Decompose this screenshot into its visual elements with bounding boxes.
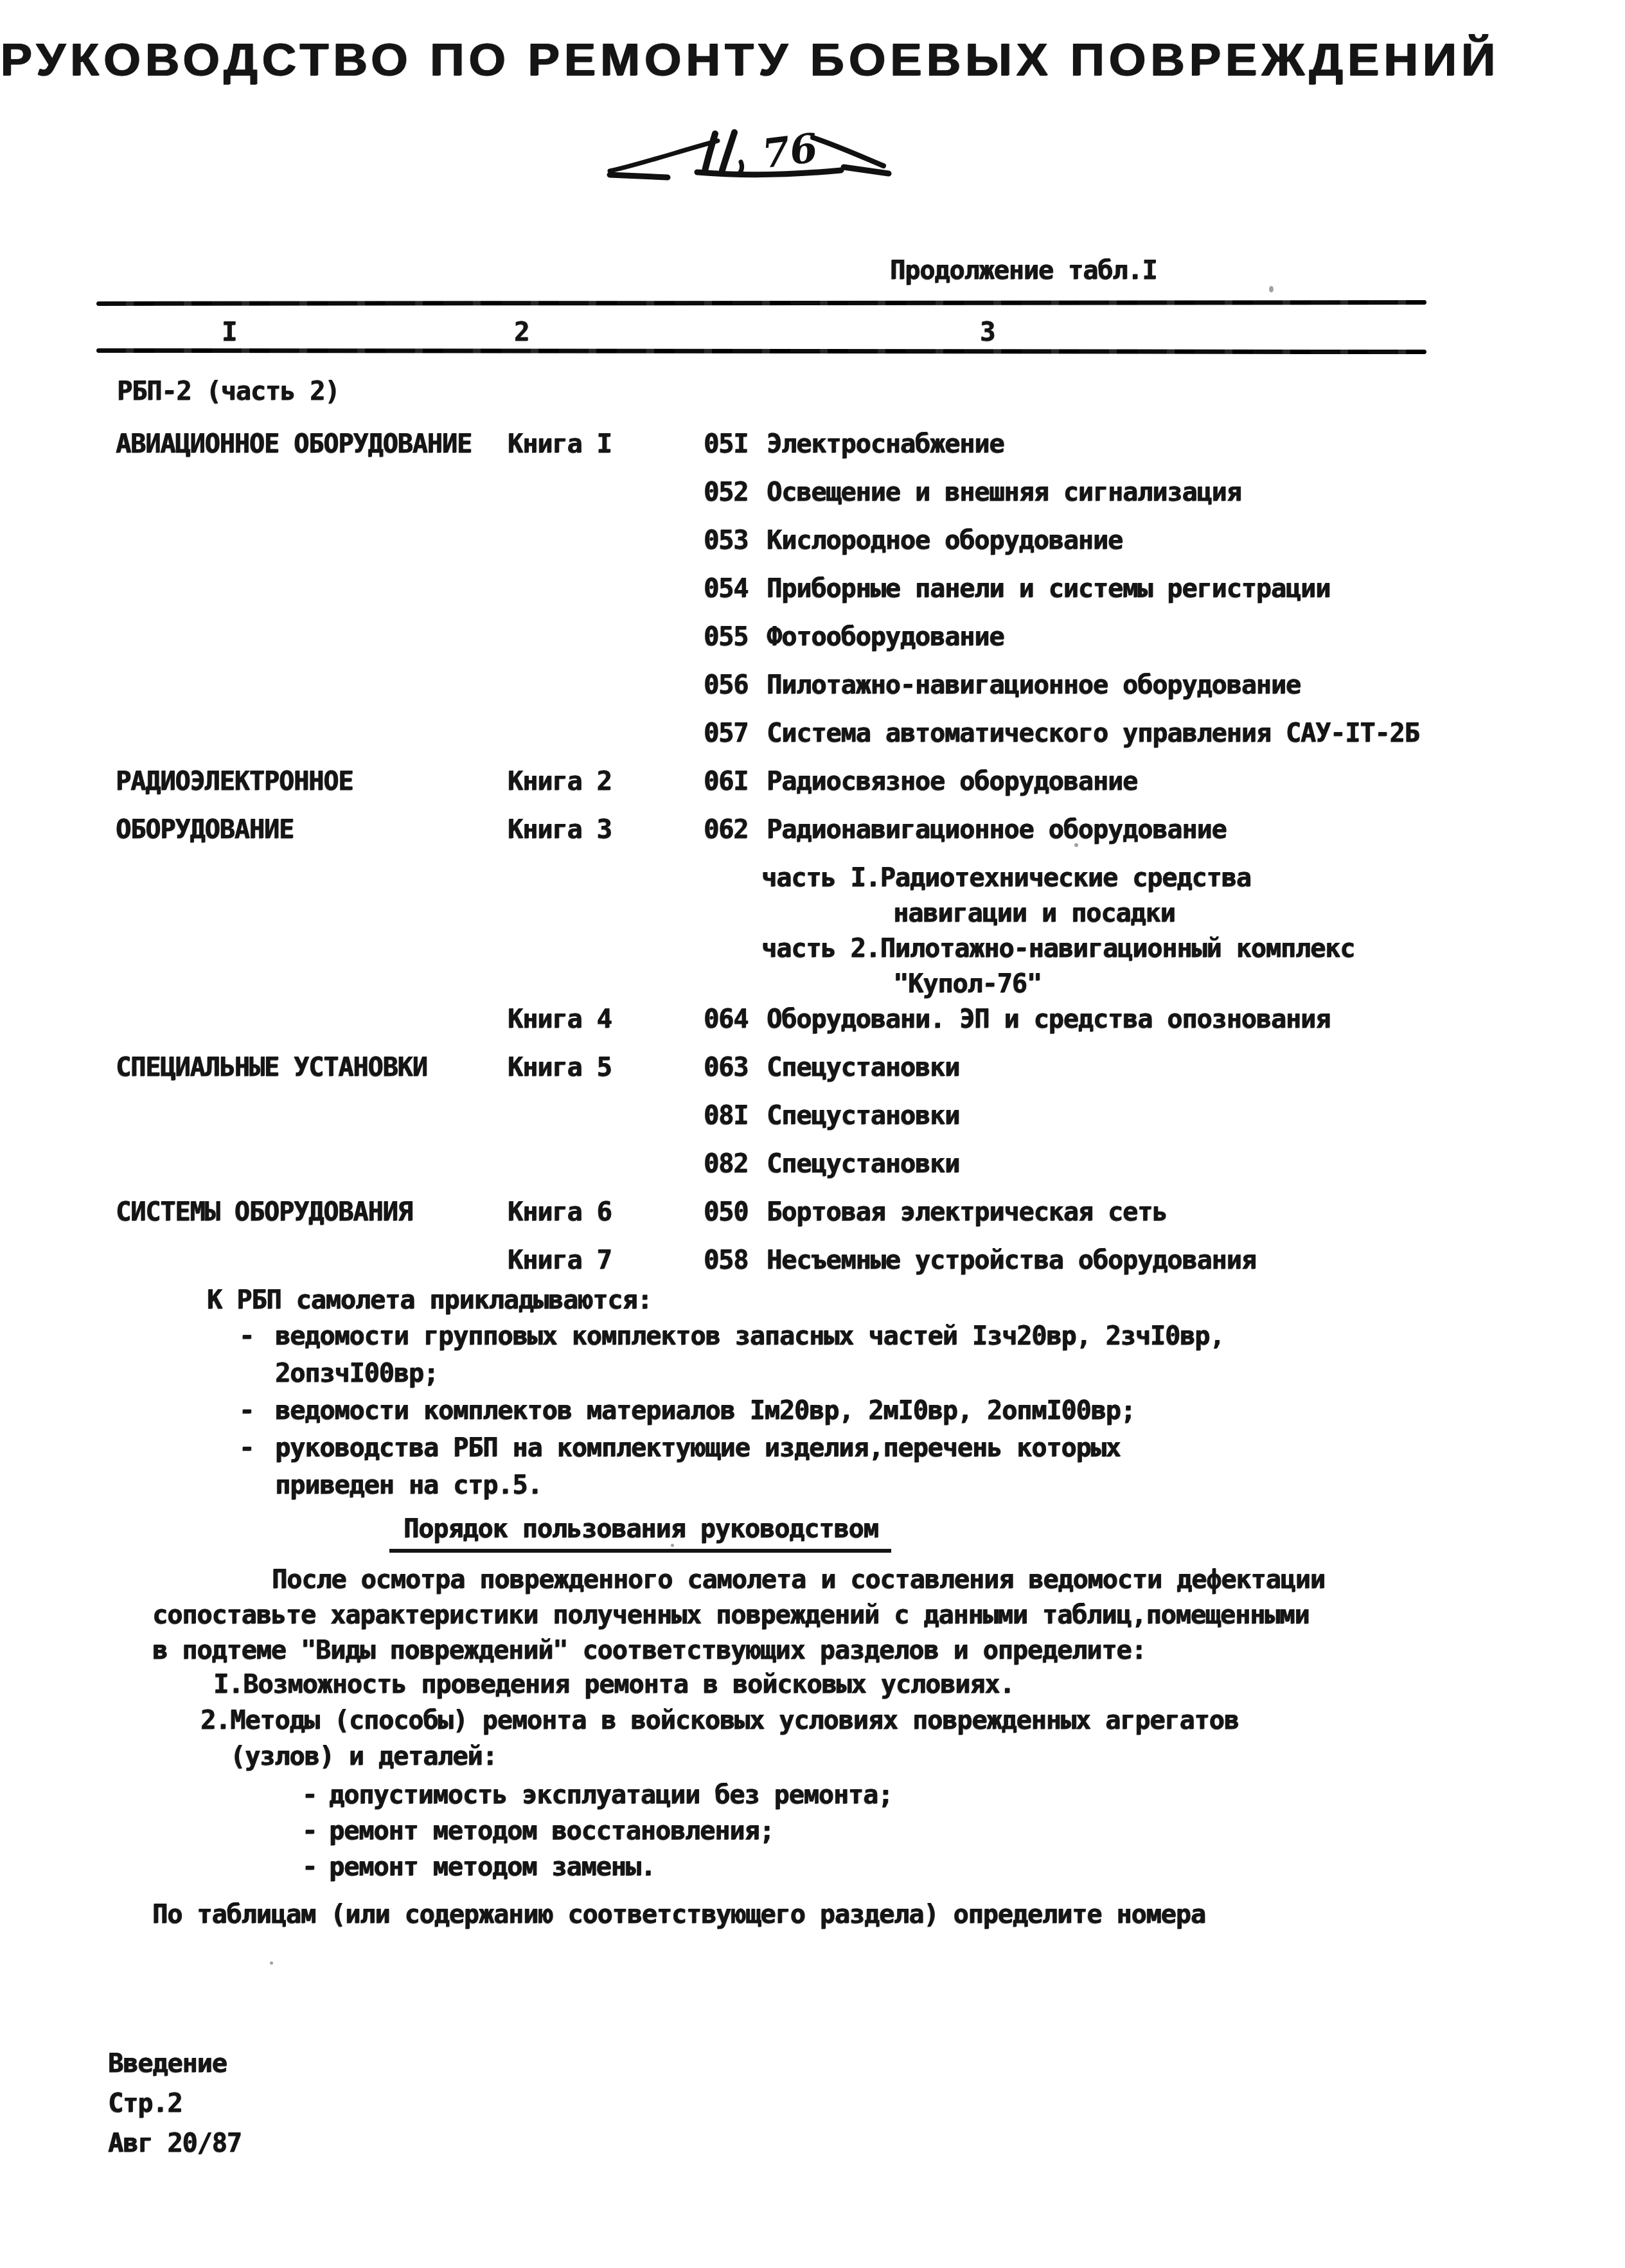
appendix-intro: К РБП самолета прикладываются: [207,1287,652,1314]
usage-bullet: -допустимость эксплуатации без ремонта; [0,1781,1625,1817]
bullet-dash-icon: - [239,1323,254,1350]
table-column-header-3: 3 [980,319,995,346]
bullet-dash-icon: - [302,1817,317,1844]
row-code: 064 [704,1006,748,1033]
table-column-header-2: 2 [514,319,529,346]
row-section-label: СПЕЦИАЛЬНЫЕ УСТАНОВКИ [116,1054,427,1081]
handwritten-mark: 76 [601,123,903,194]
usage-item-1: I.Возможность проведения ремонта в войск… [213,1671,1014,1698]
bullet-dash-icon: - [239,1397,254,1424]
row-book-label: Книга I [508,431,612,458]
table-row: 053Кислородное оборудование [0,527,1625,575]
mark-right-swoosh [813,138,884,166]
appendix-item-text: ведомости групповых комплектов запасных … [275,1323,1224,1350]
row-book-label: Книга 4 [508,1006,612,1033]
appendix-item-text: 2опзчI00вр; [275,1360,438,1387]
row-code: 08I [704,1102,748,1129]
row-title: Фотооборудование [767,623,1004,650]
row-title: Спецустановки [767,1150,959,1177]
appendix-item-line: приведен на стр.5. [0,1472,1625,1509]
doc-title: РУКОВОДСТВО ПО РЕМОНТУ БОЕВЫХ ПОВРЕЖДЕНИ… [0,33,1625,85]
table-row: ОБОРУДОВАНИЕКнига 3062Радионавигационное… [0,816,1625,864]
table-row: АВИАЦИОННОЕ ОБОРУДОВАНИЕКнига I05IЭлектр… [0,431,1625,479]
scan-speckle [1074,843,1078,847]
scanned-page: 76 РУКОВОДСТВО ПО РЕМОНТУ БОЕВЫХ ПОВРЕЖД… [0,0,1625,2268]
table-row: 08IСпецустановки [0,1102,1625,1150]
row-title: Оборудовани. ЭП и средства опознования [767,1006,1330,1033]
row-title: Бортовая электрическая сеть [767,1199,1167,1226]
usage-paragraph-line: в подтеме "Виды повреждений" соответству… [0,1637,1625,1672]
usage-bullet: -ремонт методом замены. [0,1853,1625,1889]
table-row: СПЕЦИАЛЬНЫЕ УСТАНОВКИКнига 5063Спецустан… [0,1054,1625,1102]
row-section-label: АВИАЦИОННОЕ ОБОРУДОВАНИЕ [116,431,472,458]
table-row: 054Приборные панели и системы регистраци… [0,575,1625,623]
row-book-label: Книга 3 [508,816,612,843]
row-title: Освещение и внешняя сигнализация [767,479,1241,506]
row-book-label: Книга 6 [508,1199,612,1226]
scan-speckle [270,1961,273,1965]
row-code: 057 [704,720,748,747]
mark-right-underline [844,167,889,174]
appendix-item-text: ведомости комплектов материалов Iм20вр, … [275,1397,1135,1424]
usage-bullet: -ремонт методом восстановления; [0,1817,1625,1853]
row-code: 063 [704,1054,748,1081]
table-top-rule [96,300,1426,306]
row-section-label: СИСТЕМЫ ОБОРУДОВАНИЯ [116,1199,413,1226]
table-row: 056Пилотажно-навигационное оборудование [0,672,1625,720]
row-book-label: Книга 2 [508,768,612,795]
row-code: 052 [704,479,748,506]
table-row: Книга 4064Оборудовани. ЭП и средства опо… [0,1006,1625,1054]
table-row: "Купол-76" [0,970,1625,1006]
row-title: Радиосвязное оборудование [767,768,1137,795]
table-row: 057Система автоматического управления СА… [0,720,1625,768]
row-subtitle-2: навигации и посадки [893,900,1175,927]
mark-letter-stroke-1 [705,134,715,171]
bullet-dash-icon: - [239,1434,254,1461]
usage-item-2-continued: (узлов) и деталей: [230,1743,497,1770]
bullet-dash-icon: - [302,1781,317,1808]
usage-bullet-text: ремонт методом замены. [329,1853,655,1880]
row-title: Электроснабжение [767,431,1004,458]
row-subtitle: часть 2.Пилотажно-навигационный комплекс [761,935,1354,962]
usage-bullet-list: -допустимость эксплуатации без ремонта;-… [0,1781,1625,1889]
row-code: 082 [704,1150,748,1177]
footer-date-code: Авг 20/87 [108,2130,242,2157]
table-row: 055Фотооборудование [0,623,1625,672]
usage-paragraph-line: После осмотра поврежденного самолета и с… [0,1566,1625,1602]
table-row: часть 2.Пилотажно-навигационный комплекс [0,935,1625,970]
table-body: АВИАЦИОННОЕ ОБОРУДОВАНИЕКнига I05IЭлектр… [0,431,1625,1295]
scan-speckle [671,1544,674,1547]
row-title: Несъемные устройства оборудования [767,1247,1256,1274]
row-code: 050 [704,1199,748,1226]
footer-section-label: Введение [108,2050,227,2077]
footer-page-number: Стр.2 [108,2090,182,2117]
row-title: Спецустановки [767,1102,959,1129]
row-title: Приборные панели и системы регистрации [767,575,1330,602]
table-header-rule [96,348,1426,354]
table-group-label: РБП-2 (часть 2) [117,378,339,405]
row-book-label: Книга 5 [508,1054,612,1081]
usage-section-heading: Порядок пользования руководством [389,1515,891,1553]
row-code: 053 [704,527,748,554]
appendix-item-line: 2опзчI00вр; [0,1360,1625,1397]
scan-speckle [1269,286,1274,292]
usage-bullet-text: ремонт методом восстановления; [329,1817,774,1844]
appendix-item-line: -ведомости комплектов материалов Iм20вр,… [0,1397,1625,1434]
row-section-label: РАДИОЭЛЕКТРОННОЕ [116,768,353,795]
mark-left-swoosh [610,141,718,171]
usage-paragraph-line: сопоставьте характеристики полученных по… [0,1602,1625,1637]
table-column-header-1: I [222,319,236,346]
appendix-item-line: -ведомости групповых комплектов запасных… [0,1323,1625,1360]
row-code: 06I [704,768,748,795]
row-title: Спецустановки [767,1054,959,1081]
table-row: РАДИОЭЛЕКТРОННОЕКнига 206IРадиосвязное о… [0,768,1625,816]
row-code: 056 [704,672,748,699]
row-title: Система автоматического управления САУ-I… [767,720,1419,747]
table-row: СИСТЕМЫ ОБОРУДОВАНИЯКнига 6050Бортовая э… [0,1199,1625,1247]
usage-paragraph: После осмотра поврежденного самолета и с… [0,1566,1625,1672]
table-row: 082Спецустановки [0,1150,1625,1199]
usage-item-2: 2.Методы (способы) ремонта в войсковых у… [200,1707,1239,1734]
row-book-label: Книга 7 [508,1247,612,1274]
appendix-list: -ведомости групповых комплектов запасных… [0,1323,1625,1509]
row-subtitle-2: "Купол-76" [893,970,1042,997]
row-code: 05I [704,431,748,458]
mark-letter-stroke-2 [722,132,734,170]
bullet-dash-icon: - [302,1853,317,1880]
row-title: Пилотажно-навигационное оборудование [767,672,1301,699]
appendix-item-text: руководства РБП на комплектующие изделия… [275,1434,1121,1461]
appendix-item-text: приведен на стр.5. [275,1472,542,1499]
row-title: Радионавигационное оборудование [767,816,1227,843]
row-code: 055 [704,623,748,650]
table-row: навигации и посадки [0,900,1625,935]
table-row: часть I.Радиотехнические средства [0,864,1625,900]
row-code: 054 [704,575,748,602]
table-row: 052Освещение и внешняя сигнализация [0,479,1625,527]
usage-closing-line: По таблицам (или содержанию соответствую… [152,1901,1205,1928]
row-code: 062 [704,816,748,843]
row-title: Кислородное оборудование [767,527,1123,554]
table-caption: Продолжение табл.I [890,257,1157,284]
appendix-item-line: -руководства РБП на комплектующие издели… [0,1434,1625,1472]
row-code: 058 [704,1247,748,1274]
mark-left-underline [610,175,668,177]
row-subtitle: часть I.Радиотехнические средства [761,864,1251,891]
usage-bullet-text: допустимость эксплуатации без ремонта; [329,1781,892,1808]
row-section-label: ОБОРУДОВАНИЕ [116,816,294,843]
handwritten-76: 76 [759,124,821,177]
